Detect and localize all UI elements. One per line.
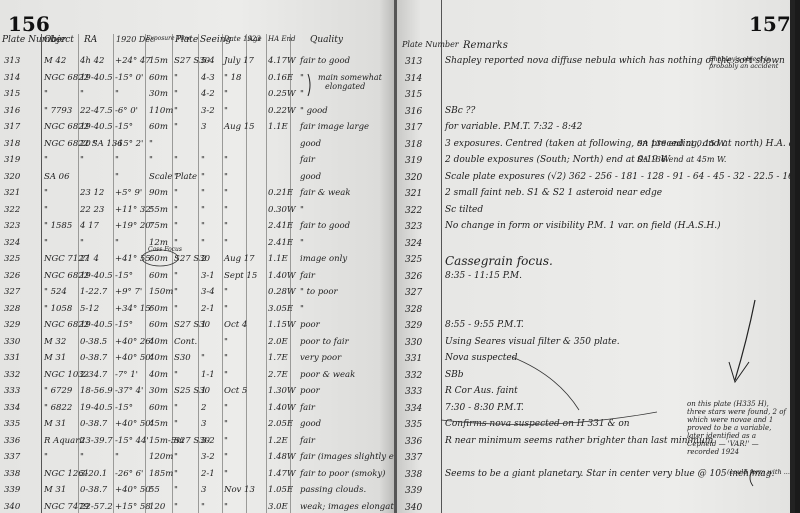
page-edge xyxy=(790,0,795,513)
right-page: 157 Plate Number Remarks 313Shapley repo… xyxy=(397,0,795,513)
ink-marks xyxy=(0,0,395,513)
left-page: 156 Plate Number Object RA 1920 Dec Expo… xyxy=(0,0,395,513)
ink-arrows xyxy=(397,0,795,513)
